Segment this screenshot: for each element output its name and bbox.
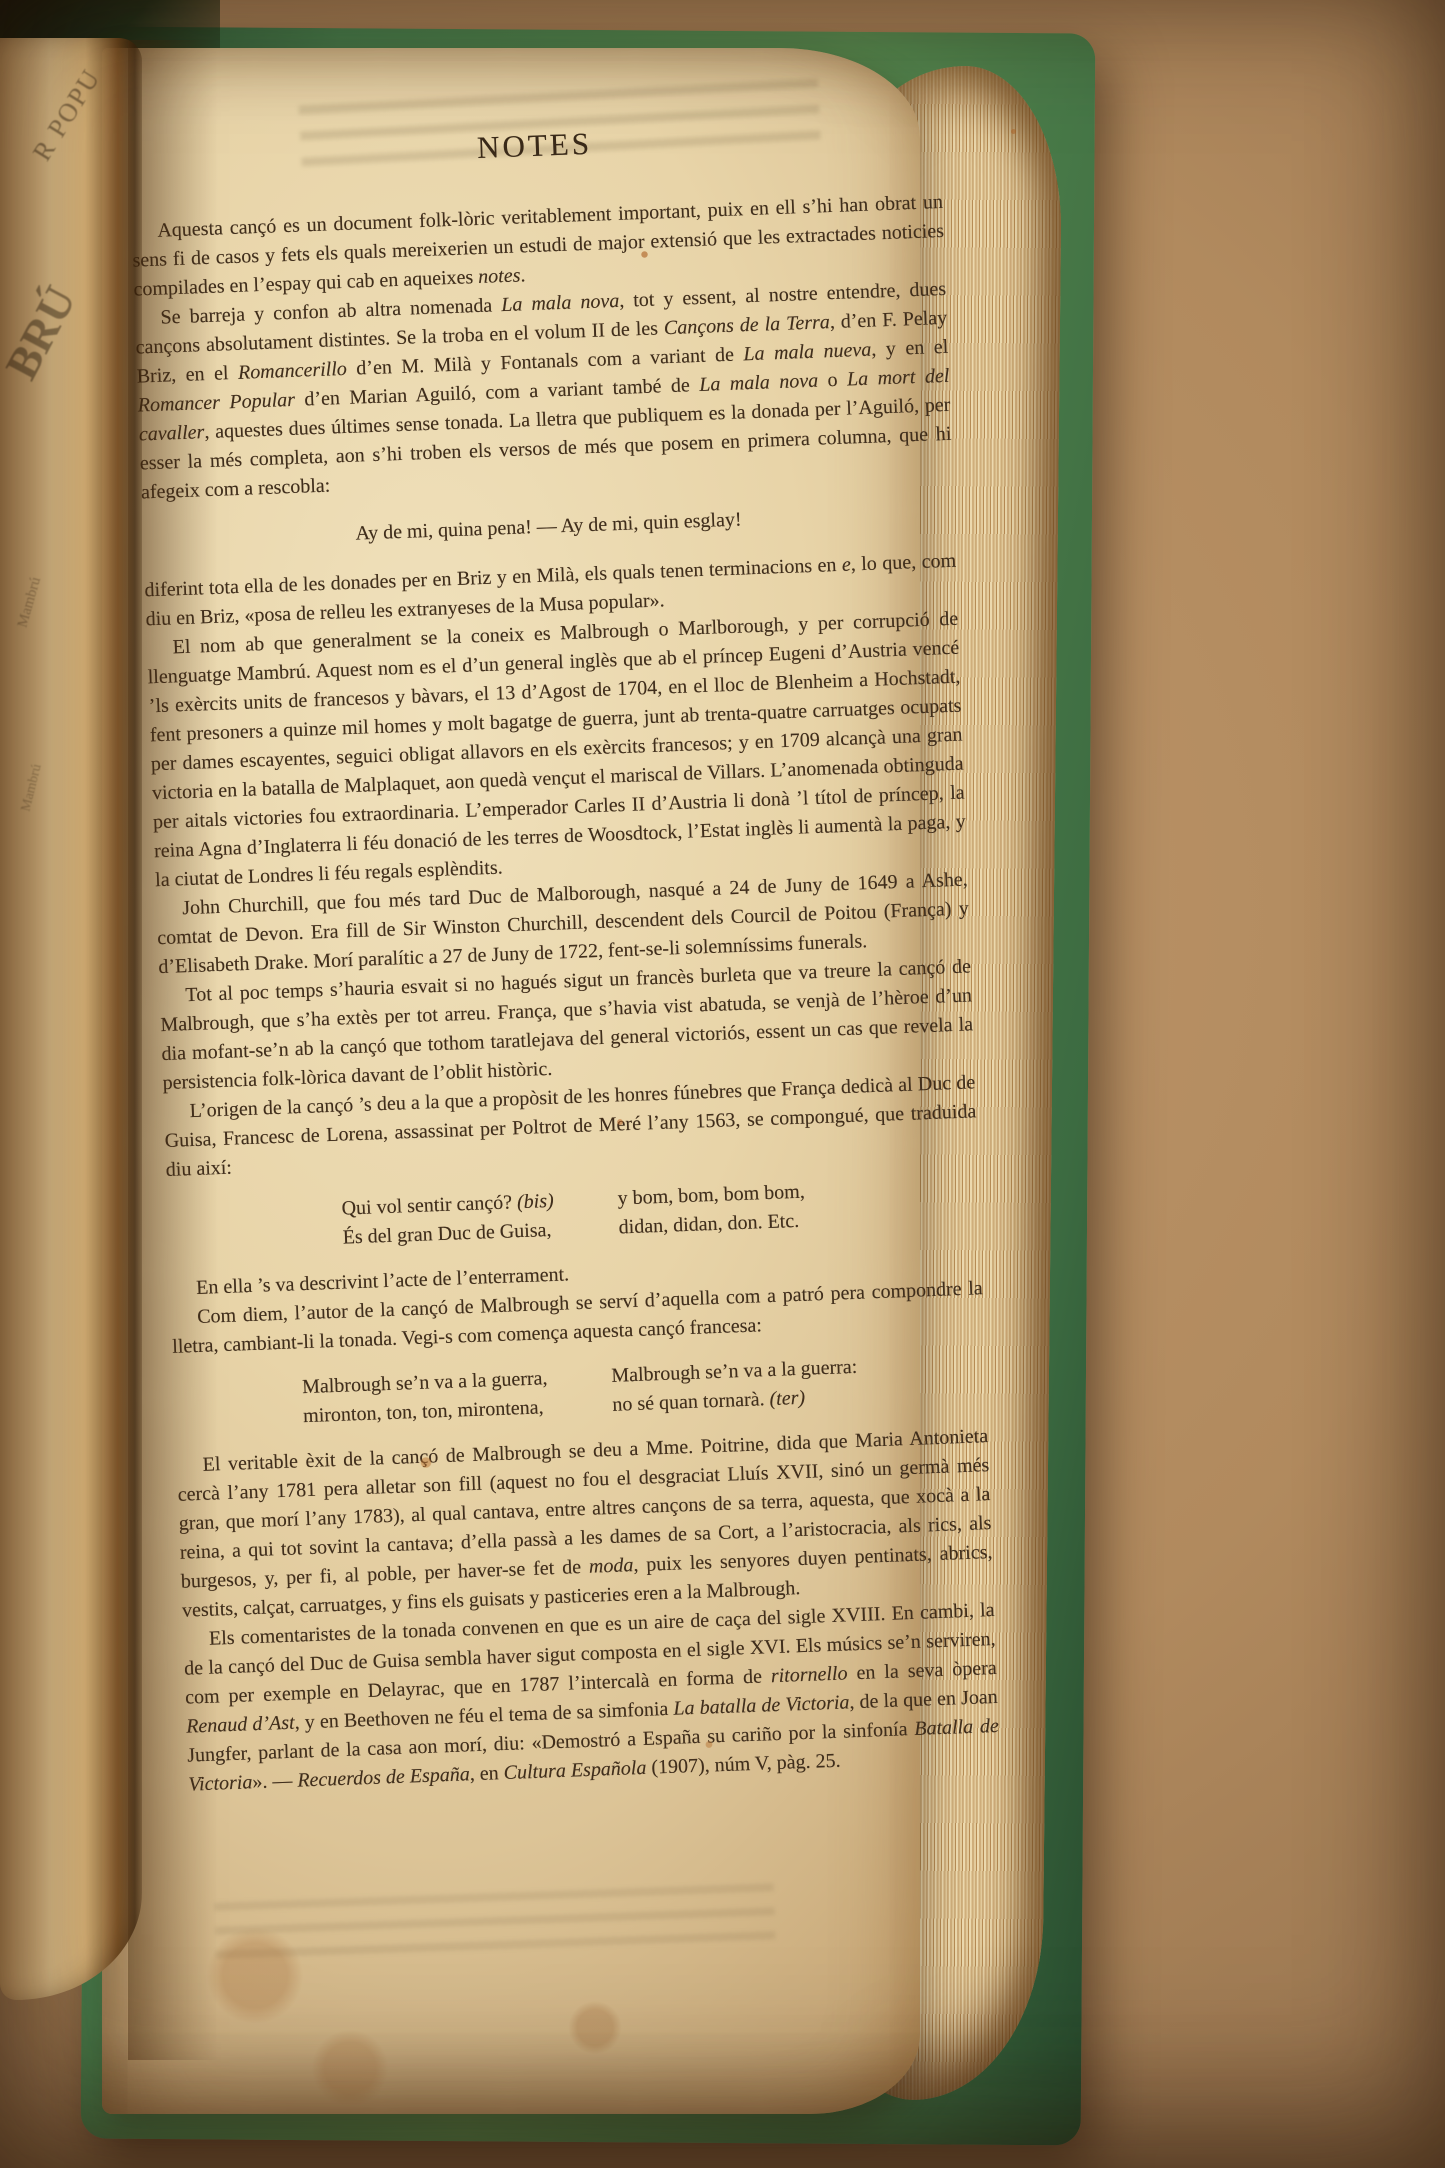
book-photo: NOTES Aquesta cançó es un document folk-… — [0, 0, 1445, 2168]
paragraph: El nom ab que generalment se la coneix e… — [146, 605, 967, 896]
left-page-fragment: R POPU — [27, 64, 107, 167]
verse-couplet: Malbrough se’n va a la guerra,mironton, … — [173, 1348, 987, 1436]
left-page-fragment: BRÚ — [0, 277, 87, 388]
page-text-blocks: Aquesta cançó es un document folk-lòric … — [131, 188, 1000, 1800]
page-text: NOTES Aquesta cançó es un document folk-… — [128, 109, 1000, 1800]
left-page-curl: R POPU BRÚ Mambrú Mambrú — [0, 38, 142, 2000]
verse-couplet: Qui vol sentir cançó? (bis)És del gran D… — [167, 1171, 981, 1259]
left-page-fragment: Mambrú — [15, 575, 46, 629]
verse-column: Qui vol sentir cançó? (bis)És del gran D… — [341, 1187, 555, 1253]
paragraph: Els comentaristes de la tonada convenen … — [183, 1596, 1001, 1800]
verse-column: Malbrough se’n va a la guerra:no sé quan… — [611, 1353, 859, 1420]
paragraph: El veritable èxit de la cançó de Malbrou… — [176, 1422, 994, 1626]
left-page-fragment: Mambrú — [19, 763, 46, 814]
verse-line: Ay de mi, quina pena! — Ay de mi, quin e… — [142, 498, 955, 557]
paragraph: Se barreja y confon ab altra nomenada La… — [134, 275, 953, 508]
verse-column: Malbrough se’n va a la guerra,mironton, … — [302, 1364, 549, 1431]
verse-column: y bom, bom, bom bom,didan, didan, don. E… — [617, 1178, 806, 1243]
